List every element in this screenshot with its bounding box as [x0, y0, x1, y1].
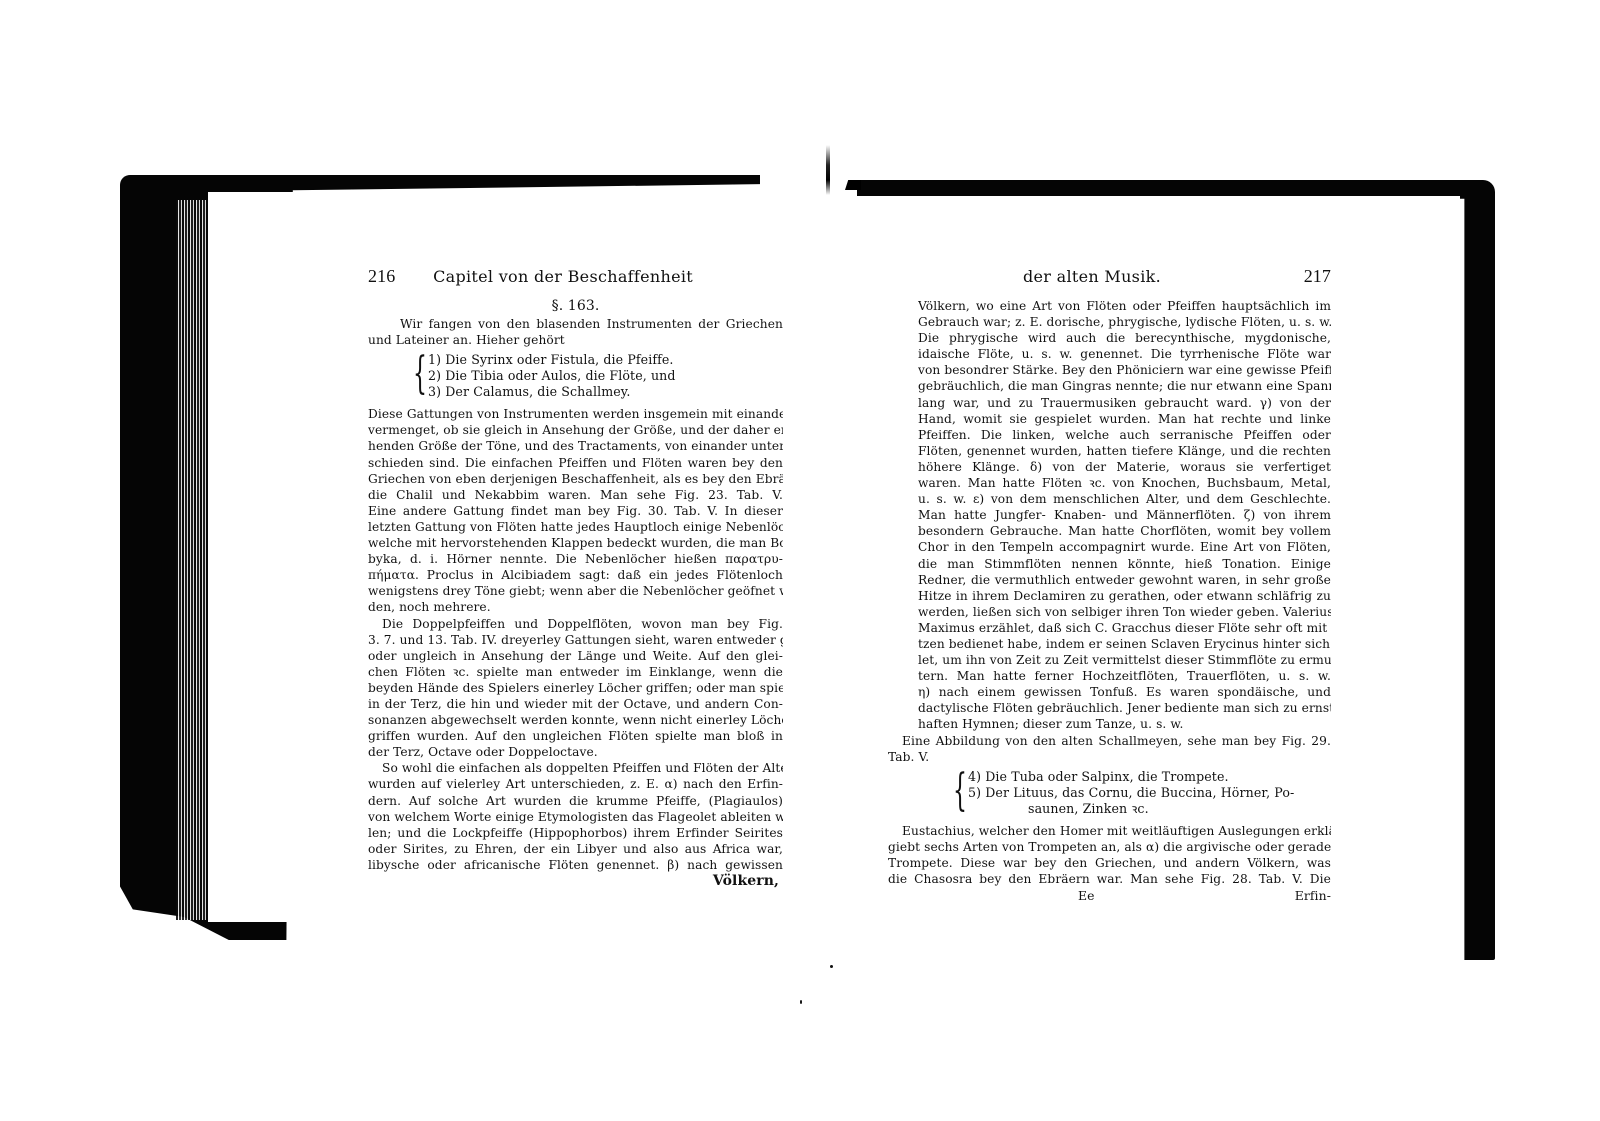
- text-line: len; und die Lockpfeiffe (Hippophorbos) …: [368, 825, 783, 841]
- section-heading: §. 163.: [368, 298, 783, 314]
- left-page: 216 Capitel von der Beschaffenheit §. 16…: [368, 268, 783, 889]
- text-line: wenigstens drey Töne giebt; wenn aber di…: [368, 583, 783, 599]
- list-item: 1) Die Syrinx oder Fistula, die Pfeiffe.: [428, 352, 783, 368]
- book-scan: 216 Capitel von der Beschaffenheit §. 16…: [0, 0, 1600, 1121]
- paragraph: Eine Abbildung von den alten Schallmeyen…: [888, 733, 1331, 765]
- text-line: chen Flöten ꝛc. spielte man entweder im …: [368, 664, 783, 680]
- text-line: u. s. w. ε) von dem menschlichen Alter, …: [918, 491, 1331, 507]
- running-title: der alten Musik.: [1023, 269, 1161, 285]
- text-line: giebt sechs Arten von Trompeten an, als …: [888, 839, 1331, 855]
- paragraph: Die Doppelpfeiffen und Doppelflöten, wov…: [368, 616, 783, 761]
- text-line: vermenget, ob sie gleich in Ansehung der…: [368, 422, 783, 438]
- paragraph: Eustachius, welcher den Homer mit weitlä…: [888, 823, 1331, 887]
- text-line: Eine Abbildung von den alten Schallmeyen…: [888, 733, 1331, 749]
- text-line: griffen wurden. Auf den ungleichen Flöte…: [368, 728, 783, 744]
- text-line: schieden sind. Die einfachen Pfeiffen un…: [368, 455, 783, 471]
- text-line: Chor in den Tempeln accompagnirt wurde. …: [918, 539, 1331, 555]
- text-line: besondern Gebrauche. Man hatte Chorflöte…: [918, 523, 1331, 539]
- running-title: Capitel von der Beschaffenheit: [433, 269, 693, 285]
- page-number: 217: [1304, 268, 1331, 284]
- text-line: dern. Auf solche Art wurden die krumme P…: [368, 793, 783, 809]
- text-line: Tab. V.: [888, 749, 1331, 765]
- text-line: von welchem Worte einige Etymologisten d…: [368, 809, 783, 825]
- text-line: Trompete. Diese war bey den Griechen, un…: [888, 855, 1331, 871]
- gutter-mark: [826, 145, 830, 195]
- right-running-head: der alten Musik. 217: [888, 268, 1331, 292]
- gutter-shadow: [845, 180, 861, 190]
- text-line: Wir fangen von den blasenden Instrumente…: [368, 316, 783, 332]
- paragraph: Diese Gattungen von Instrumenten werden …: [368, 406, 783, 615]
- text-line: tzen bedienet habe, indem er seinen Scla…: [918, 636, 1331, 652]
- text-line: Hand, womit sie gespielet wurden. Man ha…: [918, 411, 1331, 427]
- text-line: So wohl die einfachen als doppelten Pfei…: [368, 760, 783, 776]
- text-line: Die Doppelpfeiffen und Doppelflöten, wov…: [368, 616, 783, 632]
- text-line: libysche oder africanische Flöten genenn…: [368, 857, 783, 873]
- text-line: oder ungleich in Ansehung der Länge und …: [368, 648, 783, 664]
- text-line: 3. 7. und 13. Tab. IV. dreyerley Gattung…: [368, 632, 783, 648]
- brace-icon: {: [953, 767, 967, 815]
- text-line: die Chalil und Nekabbim waren. Man sehe …: [368, 487, 783, 503]
- paragraph: Völkern, wo eine Art von Flöten oder Pfe…: [888, 298, 1331, 733]
- text-line: idaische Flöte, u. s. w. genennet. Die t…: [918, 346, 1331, 362]
- text-line: gebräuchlich, die man Gingras nennte; di…: [918, 378, 1331, 394]
- list-item: saunen, Zinken ꝛc.: [968, 801, 1331, 817]
- text-line: und Lateiner an. Hieher gehört: [368, 332, 783, 348]
- left-running-head: 216 Capitel von der Beschaffenheit: [368, 268, 783, 292]
- text-line: Diese Gattungen von Instrumenten werden …: [368, 406, 783, 422]
- text-line: waren. Man hatte Flöten ꝛc. von Knochen,…: [918, 475, 1331, 491]
- text-line: höhere Klänge. δ) von der Materie, worau…: [918, 459, 1331, 475]
- text-line: beyden Hände des Spielers einerley Löche…: [368, 680, 783, 696]
- left-page-edges: [176, 200, 210, 920]
- text-line: die man Stimmflöten nennen könnte, hieß …: [918, 556, 1331, 572]
- text-line: Eine andere Gattung findet man bey Fig. …: [368, 503, 783, 519]
- scan-speck: [800, 1000, 802, 1004]
- text-line: let, um ihn von Zeit zu Zeit vermittelst…: [918, 652, 1331, 668]
- text-line: lang war, und zu Trauermusiken gebraucht…: [918, 395, 1331, 411]
- text-line: oder Sirites, zu Ehren, der ein Libyer u…: [368, 841, 783, 857]
- text-line: Griechen von eben derjenigen Beschaffenh…: [368, 471, 783, 487]
- text-line: πήματα. Proclus in Alcibiadem sagt: daß …: [368, 567, 783, 583]
- text-line: Flöten, genennet wurden, hatten tiefere …: [918, 443, 1331, 459]
- text-line: henden Größe der Töne, und des Tractamen…: [368, 438, 783, 454]
- text-line: Redner, die vermuthlich entweder gewohnt…: [918, 572, 1331, 588]
- scan-speck: [830, 965, 833, 968]
- text-line: in der Terz, die hin und wieder mit der …: [368, 696, 783, 712]
- text-line: den, noch mehrere.: [368, 599, 783, 615]
- text-line: von besondrer Stärke. Bey den Phöniciern…: [918, 362, 1331, 378]
- text-line: Eustachius, welcher den Homer mit weitlä…: [888, 823, 1331, 839]
- text-line: dactylische Flöten gebräuchlich. Jener b…: [918, 700, 1331, 716]
- list-item: 3) Der Calamus, die Schallmey.: [428, 384, 783, 400]
- page-number: 216: [368, 268, 395, 284]
- text-line: die Chasosra bey den Ebräern war. Man se…: [888, 871, 1331, 887]
- page-footer: Ee Erfin-: [888, 888, 1331, 904]
- list-item: 5) Der Lituus, das Cornu, die Buccina, H…: [968, 785, 1331, 801]
- paragraph: So wohl die einfachen als doppelten Pfei…: [368, 760, 783, 873]
- text-line: der Terz, Octave oder Doppeloctave.: [368, 744, 783, 760]
- text-line: Gebrauch war; z. E. dorische, phrygische…: [918, 314, 1331, 330]
- signature-mark: Ee: [1078, 888, 1095, 904]
- text-line: werden, ließen sich von selbiger ihren T…: [918, 604, 1331, 620]
- right-page: der alten Musik. 217 Völkern, wo eine Ar…: [888, 268, 1331, 904]
- text-line: Hitze in ihrem Declamiren zu gerathen, o…: [918, 588, 1331, 604]
- text-line: Die phrygische wird auch die berecynthis…: [918, 330, 1331, 346]
- text-line: η) nach einem gewissen Tonfuß. Es waren …: [918, 684, 1331, 700]
- text-line: Pfeiffen. Die linken, welche auch serran…: [918, 427, 1331, 443]
- text-line: welche mit hervorstehenden Klappen bedec…: [368, 535, 783, 551]
- catchword: Erfin-: [1295, 888, 1331, 904]
- text-line: sonanzen abgewechselt werden konnte, wen…: [368, 712, 783, 728]
- text-line: haften Hymnen; dieser zum Tanze, u. s. w…: [918, 716, 1331, 732]
- list-item: 2) Die Tibia oder Aulos, die Flöte, und: [428, 368, 783, 384]
- text-line: byka, d. i. Hörner nennte. Die Nebenlöch…: [368, 551, 783, 567]
- list-item: 4) Die Tuba oder Salpinx, die Trompete.: [968, 769, 1331, 785]
- text-line: Völkern, wo eine Art von Flöten oder Pfe…: [918, 298, 1331, 314]
- text-line: wurden auf vielerley Art unterschieden, …: [368, 776, 783, 792]
- instrument-list: { 1) Die Syrinx oder Fistula, die Pfeiff…: [428, 352, 783, 400]
- text-line: tern. Man hatte ferner Hochzeitflöten, T…: [918, 668, 1331, 684]
- catchword: Völkern,: [368, 873, 783, 889]
- text-line: Maximus erzählet, daß sich C. Gracchus d…: [918, 620, 1331, 636]
- brace-icon: {: [413, 350, 427, 398]
- instrument-list: { 4) Die Tuba oder Salpinx, die Trompete…: [968, 769, 1331, 817]
- text-line: letzten Gattung von Flöten hatte jedes H…: [368, 519, 783, 535]
- text-line: Man hatte Jungfer- Knaben- und Männerflö…: [918, 507, 1331, 523]
